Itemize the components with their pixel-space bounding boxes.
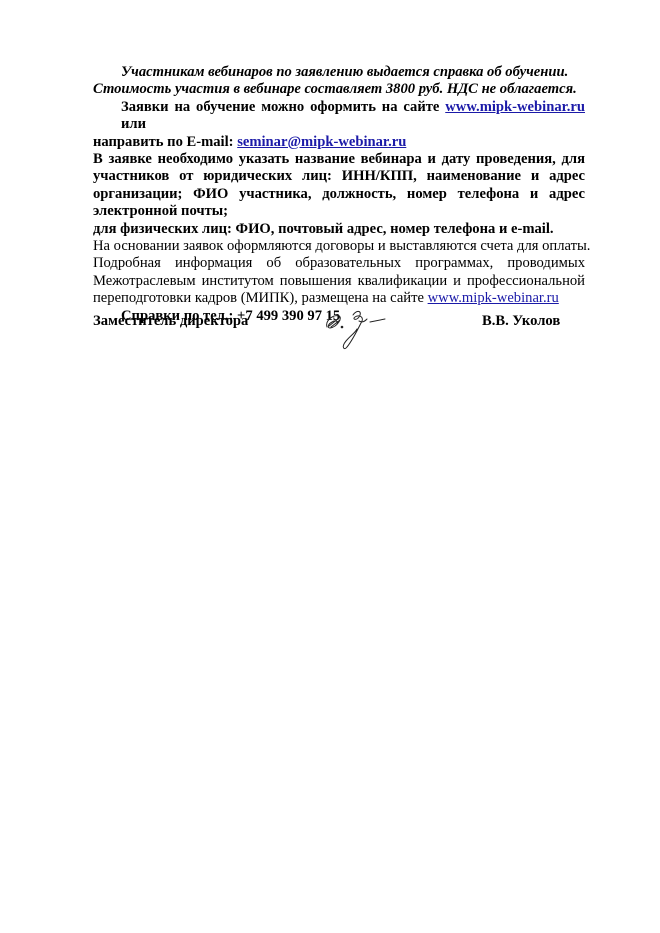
site-link[interactable]: www.mipk-webinar.ru	[445, 99, 585, 115]
site-link-2[interactable]: www.mipk-webinar.ru	[428, 290, 559, 306]
application-paragraph-line1: Заявки на обучение можно оформить на сай…	[93, 99, 585, 134]
document-body: Участникам вебинаров по заявлению выдает…	[93, 64, 585, 325]
signer-name: В.В. Уколов	[482, 313, 560, 330]
email-link[interactable]: seminar@mipk-webinar.ru	[237, 134, 406, 150]
info-line-1: Подробная информация об образовательных …	[93, 255, 585, 272]
handwritten-signature-icon	[319, 305, 399, 355]
info-line-2: Межотраслевым институтом повышения квали…	[93, 273, 585, 290]
certificate-note: Участникам вебинаров по заявлению выдает…	[93, 64, 585, 81]
info-text: переподготовки кадров (МИПК), размещена …	[93, 290, 428, 306]
application-text: Заявки на обучение можно оформить на сай…	[121, 99, 445, 115]
price-note: Стоимость участия в вебинаре составляет …	[93, 81, 585, 98]
requirements-line-1: В заявке необходимо указать название веб…	[93, 151, 585, 168]
requirements-line-2: участников от юридических лиц: ИНН/КПП, …	[93, 168, 585, 185]
contracts-note: На основании заявок оформляются договоры…	[93, 238, 585, 255]
application-paragraph-line2: направить по E-mail: seminar@mipk-webina…	[93, 134, 585, 151]
signature-block: Заместитель директора В.В. Уколов	[93, 313, 585, 363]
email-label: направить по E-mail:	[93, 134, 237, 150]
application-text-or: или	[121, 116, 146, 132]
individuals-requirements: для физических лиц: ФИО, почтовый адрес,…	[93, 221, 585, 238]
requirements-line-4: электронной почты;	[93, 203, 585, 220]
requirements-line-3: организации; ФИО участника, должность, н…	[93, 186, 585, 203]
signer-title: Заместитель директора	[93, 313, 248, 330]
